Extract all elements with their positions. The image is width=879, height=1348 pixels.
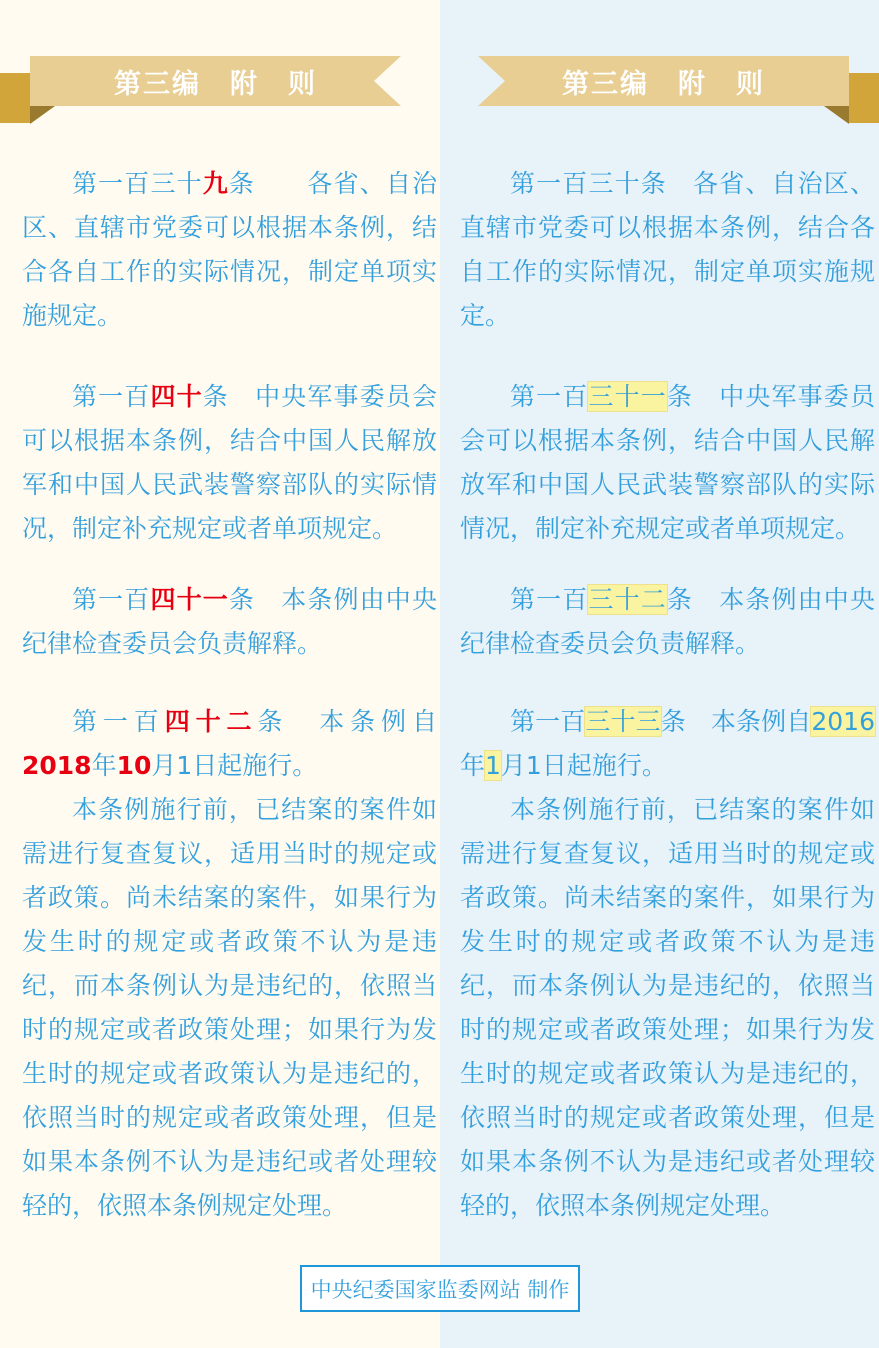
body-text: 第一百 — [510, 707, 585, 736]
body-text: 第一百三十 — [72, 169, 203, 198]
left-banner-title: 第三编 附 则 — [114, 62, 317, 101]
changed-text-red: 2018 — [22, 751, 92, 780]
article-paragraph: 本条例施行前，已结案的案件如需进行复查复议，适用当时的规定或者政策。尚未结案的案… — [22, 788, 437, 1228]
body-text: 第一百 — [72, 707, 165, 736]
article-paragraph: 第一百三十条 各省、自治区、直辖市党委可以根据本条例，结合各自工作的实际情况，制… — [460, 162, 875, 338]
article-paragraph: 第一百四十二条 本条例自2018年10月1日起施行。 — [22, 700, 437, 788]
body-text: 年 — [460, 751, 485, 780]
left-ribbon-tail — [0, 73, 30, 123]
body-text: 本条例施行前，已结案的案件如需进行复查复议，适用当时的规定或者政策。尚未结案的案… — [22, 795, 437, 1220]
credit-box: 中央纪委国家监委网站 制作 — [300, 1265, 580, 1312]
body-text: 第一百 — [72, 382, 150, 411]
body-text: 月1日起施行。 — [501, 751, 667, 780]
article-paragraph: 第一百四十条 中央军事委员会可以根据本条例，结合中国人民解放军和中国人民武装警察… — [22, 375, 437, 551]
article-paragraph: 第一百三十二条 本条例由中央纪律检查委员会负责解释。 — [460, 578, 875, 666]
left-section-banner: 第三编 附 则 — [30, 56, 401, 106]
body-text: 年 — [92, 751, 117, 780]
right-banner-title: 第三编 附 则 — [562, 62, 765, 101]
highlighted-text-yellow: 三十三 — [585, 707, 660, 736]
highlighted-text-yellow: 1 — [485, 751, 501, 780]
credit-text: 中央纪委国家监委网站 制作 — [311, 1274, 570, 1304]
right-ribbon-tail — [849, 73, 879, 123]
changed-text-red: 四十一 — [150, 585, 228, 614]
highlighted-text-yellow: 2016 — [811, 707, 875, 736]
highlighted-text-yellow: 三十一 — [588, 382, 666, 411]
changed-text-red: 九 — [203, 169, 229, 198]
body-text: 月1日起施行。 — [151, 751, 317, 780]
right-article-text: 第一百三十条 各省、自治区、直辖市党委可以根据本条例，结合各自工作的实际情况，制… — [460, 162, 875, 1228]
infographic-page: 第三编 附 则 第三编 附 则 第一百三十九条 各省、自治区、直辖市党委可以根据… — [0, 0, 879, 1348]
highlighted-text-yellow: 三十二 — [588, 585, 666, 614]
article-paragraph: 第一百三十三条 本条例自2016年1月1日起施行。 — [460, 700, 875, 788]
body-text: 第一百 — [72, 585, 150, 614]
left-article-text: 第一百三十九条 各省、自治区、直辖市党委可以根据本条例，结合各自工作的实际情况，… — [22, 162, 437, 1228]
article-paragraph: 第一百三十九条 各省、自治区、直辖市党委可以根据本条例，结合各自工作的实际情况，… — [22, 162, 437, 338]
article-paragraph: 第一百四十一条 本条例由中央纪律检查委员会负责解释。 — [22, 578, 437, 666]
changed-text-red: 四十 — [150, 382, 202, 411]
body-text: 条 本条例自 — [661, 707, 812, 736]
right-section-banner: 第三编 附 则 — [478, 56, 849, 106]
body-text: 条 本条例自 — [257, 707, 437, 736]
changed-text-red: 10 — [117, 751, 152, 780]
article-paragraph: 第一百三十一条 中央军事委员会可以根据本条例，结合中国人民解放军和中国人民武装警… — [460, 375, 875, 551]
body-text: 第一百 — [510, 585, 588, 614]
body-text: 第一百三十条 各省、自治区、直辖市党委可以根据本条例，结合各自工作的实际情况，制… — [460, 169, 875, 330]
body-text: 本条例施行前，已结案的案件如需进行复查复议，适用当时的规定或者政策。尚未结案的案… — [460, 795, 875, 1220]
article-paragraph: 本条例施行前，已结案的案件如需进行复查复议，适用当时的规定或者政策。尚未结案的案… — [460, 788, 875, 1228]
changed-text-red: 四十二 — [165, 707, 258, 736]
body-text: 第一百 — [510, 382, 588, 411]
